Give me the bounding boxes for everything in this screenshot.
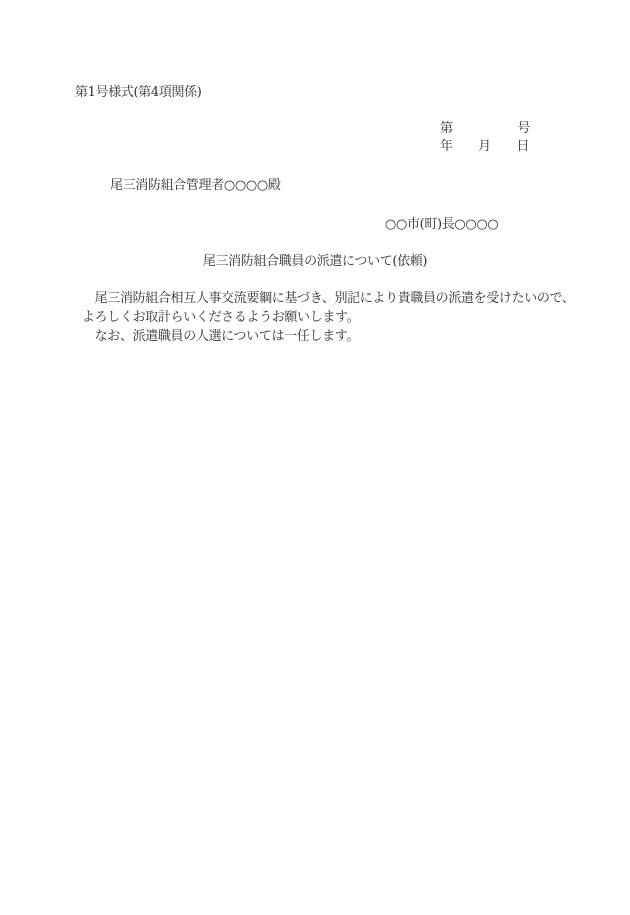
addressee-line: 尾三消防組合管理者○○○○殿 <box>110 178 280 193</box>
body-line-3: なお、派遣職員の人選については一任します。 <box>82 328 575 347</box>
document-page: 第1号様式(第4項関係) 第 号 年 月 日 尾三消防組合管理者○○○○殿 ○○… <box>0 0 630 915</box>
date-year-label: 年 <box>440 139 453 154</box>
date-month-label: 月 <box>478 139 491 154</box>
body-line-2: よろしくお取計らいくださるようお願いします。 <box>82 309 575 328</box>
body-paragraphs: 尾三消防組合相互人事交流要綱に基づき、別記により貴職員の派遣を受けたいので、 よ… <box>82 290 575 346</box>
document-title: 尾三消防組合職員の派遣について(依頼) <box>0 254 630 269</box>
doc-number-prefix: 第 <box>440 121 453 136</box>
date-day-label: 日 <box>516 139 529 154</box>
doc-number-suffix: 号 <box>517 121 530 136</box>
body-line-1: 尾三消防組合相互人事交流要綱に基づき、別記により貴職員の派遣を受けたいので、 <box>82 290 575 309</box>
date-line: 年 月 日 <box>440 139 529 154</box>
document-number-line: 第 号 <box>440 121 530 136</box>
sender-line: ○○市(町)長○○○○ <box>385 217 498 232</box>
form-number-label: 第1号様式(第4項関係) <box>75 85 202 100</box>
